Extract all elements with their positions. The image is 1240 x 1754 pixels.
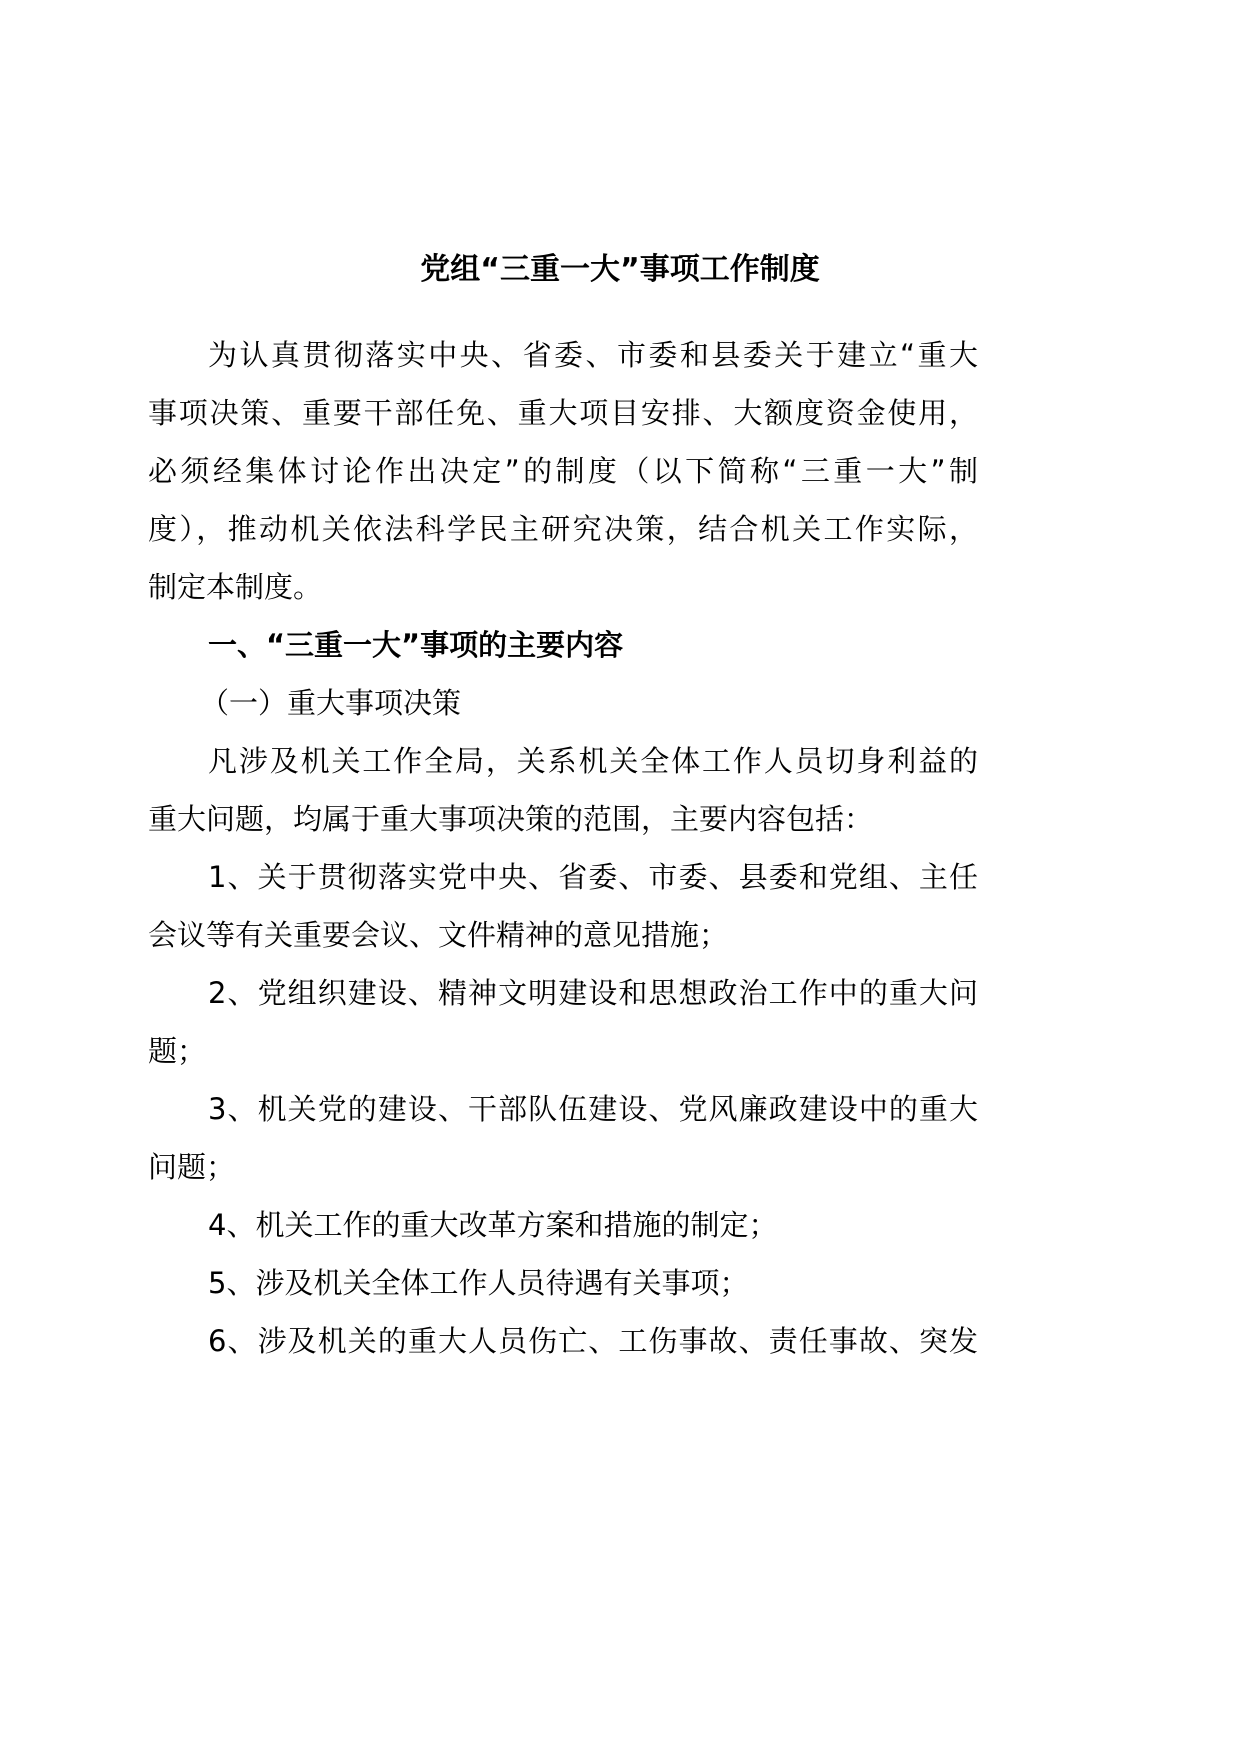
paragraph-line: 制定本制度。: [148, 563, 978, 611]
document-title: 党组“三重一大”事项工作制度: [0, 246, 1240, 294]
list-item-line: 2、党组织建设、精神文明建设和思想政治工作中的重大问: [208, 969, 978, 1017]
subsection-heading: （一）重大事项决策: [200, 679, 970, 727]
section-heading: 一、“三重一大”事项的主要内容: [208, 621, 978, 669]
paragraph-line: 必须经集体讨论作出决定”的制度（以下简称“三重一大”制: [148, 447, 978, 495]
paragraph-line: 为认真贯彻落实中央、省委、市委和县委关于建立“重大: [208, 331, 978, 379]
list-item-line: 6、涉及机关的重大人员伤亡、工伤事故、责任事故、突发: [208, 1317, 978, 1365]
paragraph-line: 凡涉及机关工作全局，关系机关全体工作人员切身利益的: [208, 737, 978, 785]
paragraph-line: 度），推动机关依法科学民主研究决策，结合机关工作实际，: [148, 505, 978, 553]
document-page: 党组“三重一大”事项工作制度 为认真贯彻落实中央、省委、市委和县委关于建立“重大…: [0, 0, 1240, 1754]
list-item-line: 题；: [148, 1027, 978, 1075]
paragraph-line: 重大问题，均属于重大事项决策的范围，主要内容包括：: [148, 795, 978, 843]
list-item-line: 4、机关工作的重大改革方案和措施的制定；: [208, 1201, 978, 1249]
list-item-line: 3、机关党的建设、干部队伍建设、党风廉政建设中的重大: [208, 1085, 978, 1133]
list-item-line: 5、涉及机关全体工作人员待遇有关事项；: [208, 1259, 978, 1307]
list-item-line: 1、关于贯彻落实党中央、省委、市委、县委和党组、主任: [208, 853, 978, 901]
list-item-line: 会议等有关重要会议、文件精神的意见措施；: [148, 911, 978, 959]
paragraph-line: 事项决策、重要干部任免、重大项目安排、大额度资金使用，: [148, 389, 978, 437]
list-item-line: 问题；: [148, 1143, 978, 1191]
